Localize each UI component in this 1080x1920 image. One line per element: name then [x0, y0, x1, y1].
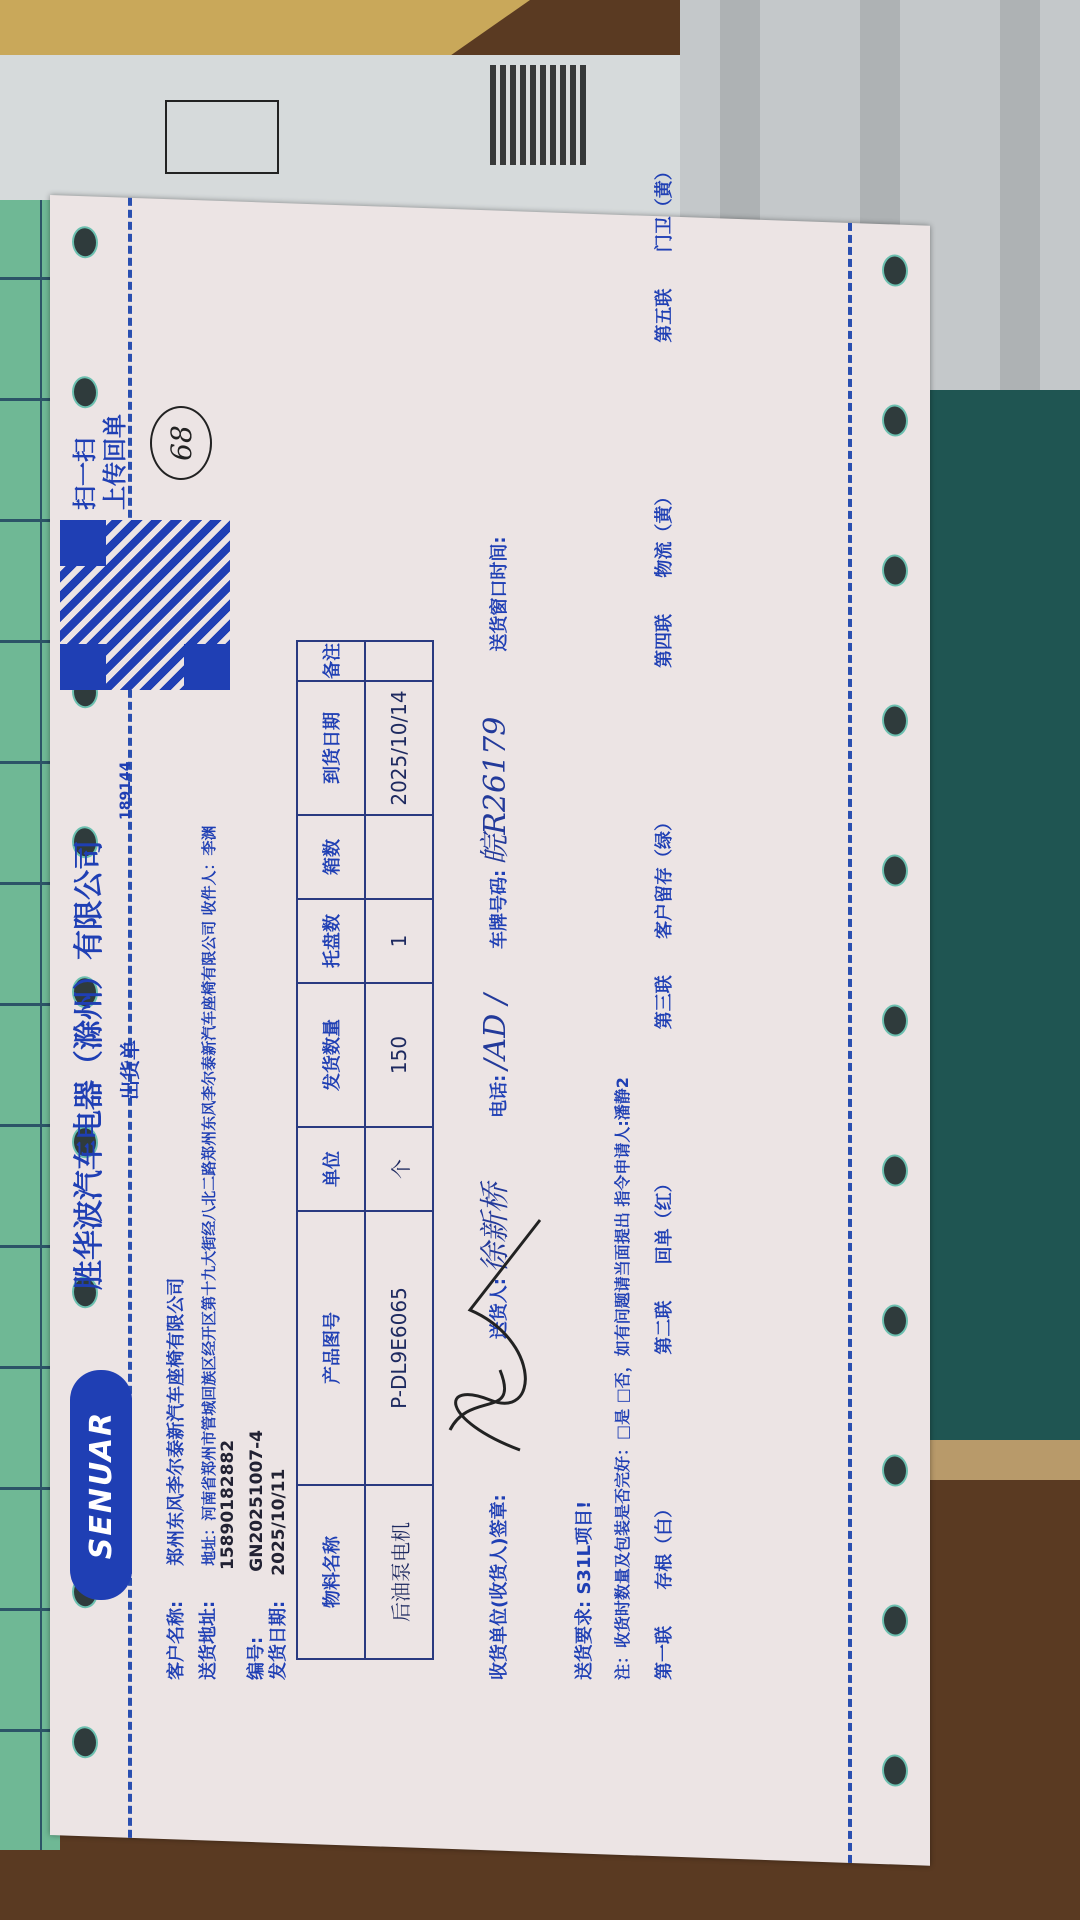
receiver-sign-label: 收货单位(收货人)签章:: [489, 1494, 510, 1680]
hole: [882, 254, 908, 287]
hole: [882, 1754, 908, 1787]
copy-2: 第二联 回单（红）: [654, 1174, 675, 1354]
header-part-number: 产品图号: [297, 1211, 365, 1485]
plate-handwritten: 皖R26179: [478, 717, 513, 865]
header-remarks: 备注: [297, 641, 365, 681]
copy-4: 第四联 物流（黄）: [654, 488, 675, 668]
phone-handwritten: /AD /: [478, 994, 513, 1069]
customer-row: 客户名称: 郑州东风李尔泰新汽车座椅有限公司: [162, 1278, 188, 1680]
address-label: 送货地址:: [198, 1601, 219, 1680]
arrival-window-label: 送货窗口时间:: [489, 536, 510, 651]
cell-part-number: P-DL9E6065: [365, 1211, 433, 1485]
cell-arrival-date: 2025/10/14: [365, 681, 433, 815]
address-value: 地址：河南省郑州市管城回族区经开区第十九大街经八北二路郑州东风李尔泰新汽车座椅有…: [200, 825, 218, 1565]
copy-5: 第五联 门卫（黄）: [654, 162, 675, 342]
hole: [72, 1726, 98, 1759]
customer-value: 郑州东风李尔泰新汽车座椅有限公司: [166, 1278, 187, 1566]
upload-qr-code[interactable]: [60, 520, 230, 690]
doc-number: 189144: [118, 762, 134, 820]
printed-form-inner: SENUAR 胜华波汽车电器（滁州）有限公司 出货单 189144 客户名称: …: [50, 300, 930, 1720]
header-material-name: 物料名称: [297, 1485, 365, 1659]
items-table: 物料名称 产品图号 单位 发货数量 托盘数 箱数 到货日期 备注 后油泵电机 P…: [296, 640, 434, 1660]
table-header-row: 物料名称 产品图号 单位 发货数量 托盘数 箱数 到货日期 备注: [297, 641, 365, 1659]
cell-unit: 个: [365, 1127, 433, 1211]
customer-label: 客户名称:: [166, 1601, 187, 1680]
company-logo: SENUAR: [70, 1370, 132, 1600]
background-qr-code: [490, 65, 590, 165]
qr-caption-line-1: 扫一扫: [70, 414, 100, 510]
cell-material-name: 后油泵电机: [365, 1485, 433, 1659]
signature-row: 收货单位(收货人)签章: 送货人: 徐新桥 电话: /AD / 车牌号码: 皖R…: [470, 536, 514, 1680]
qr-caption-line-2: 上传回单: [100, 414, 130, 510]
background-folder-edge: [930, 1440, 1080, 1480]
hole: [72, 226, 98, 259]
plate-label: 车牌号码:: [489, 870, 510, 949]
circled-handwritten-number: 68: [150, 406, 212, 480]
header-arrival-date: 到货日期: [297, 681, 365, 815]
copy-1: 第一联 存根（白）: [654, 1500, 675, 1680]
ship-date-value: 2025/10/11: [269, 1469, 289, 1576]
phone-label: 电话:: [489, 1075, 510, 1118]
cell-quantity: 150: [365, 983, 433, 1127]
delivery-requirement: 送货要求: S31L项目!: [570, 1501, 596, 1680]
doc-type: 出货单: [114, 1040, 143, 1100]
header-boxes: 箱数: [297, 815, 365, 899]
address-row: 送货地址: 地址：河南省郑州市管城回族区经开区第十九大街经八北二路郑州东风李尔泰…: [194, 825, 220, 1680]
ship-date-label: 发货日期:: [268, 1601, 289, 1680]
background-teal-folder: [930, 390, 1080, 1450]
cell-pallets: 1: [365, 899, 433, 983]
table-row: 后油泵电机 P-DL9E6065 个 150 1 2025/10/14: [365, 641, 433, 1659]
binder-strip: [1000, 0, 1040, 400]
cell-remarks: [365, 641, 433, 681]
header-quantity: 发货数量: [297, 983, 365, 1127]
header-pallets: 托盘数: [297, 899, 365, 983]
header-unit: 单位: [297, 1127, 365, 1211]
background-box: [165, 100, 279, 174]
ship-date-row: 发货日期: 2025/10/11: [264, 1469, 290, 1680]
printed-form: SENUAR 胜华波汽车电器（滁州）有限公司 出货单 189144 客户名称: …: [50, 300, 930, 1720]
copy-legend: 第一联 存根（白） 第二联 回单（红） 第三联 客户留存（绿） 第四联 物流（黄…: [650, 162, 676, 1680]
receipt-note: 注：收货时数量及包装是否完好：□是 □否，如有问题请当面提出 指令申请人:潘静2: [610, 1077, 633, 1680]
qr-caption: 扫一扫 上传回单: [70, 414, 130, 510]
company-title: 胜华波汽车电器（滁州）有限公司: [64, 840, 108, 1290]
receiver-signature: [430, 1210, 550, 1460]
cell-boxes: [365, 815, 433, 899]
address-phone: 15890182882: [218, 1440, 238, 1570]
copy-3: 第三联 客户留存（绿）: [654, 813, 675, 1029]
